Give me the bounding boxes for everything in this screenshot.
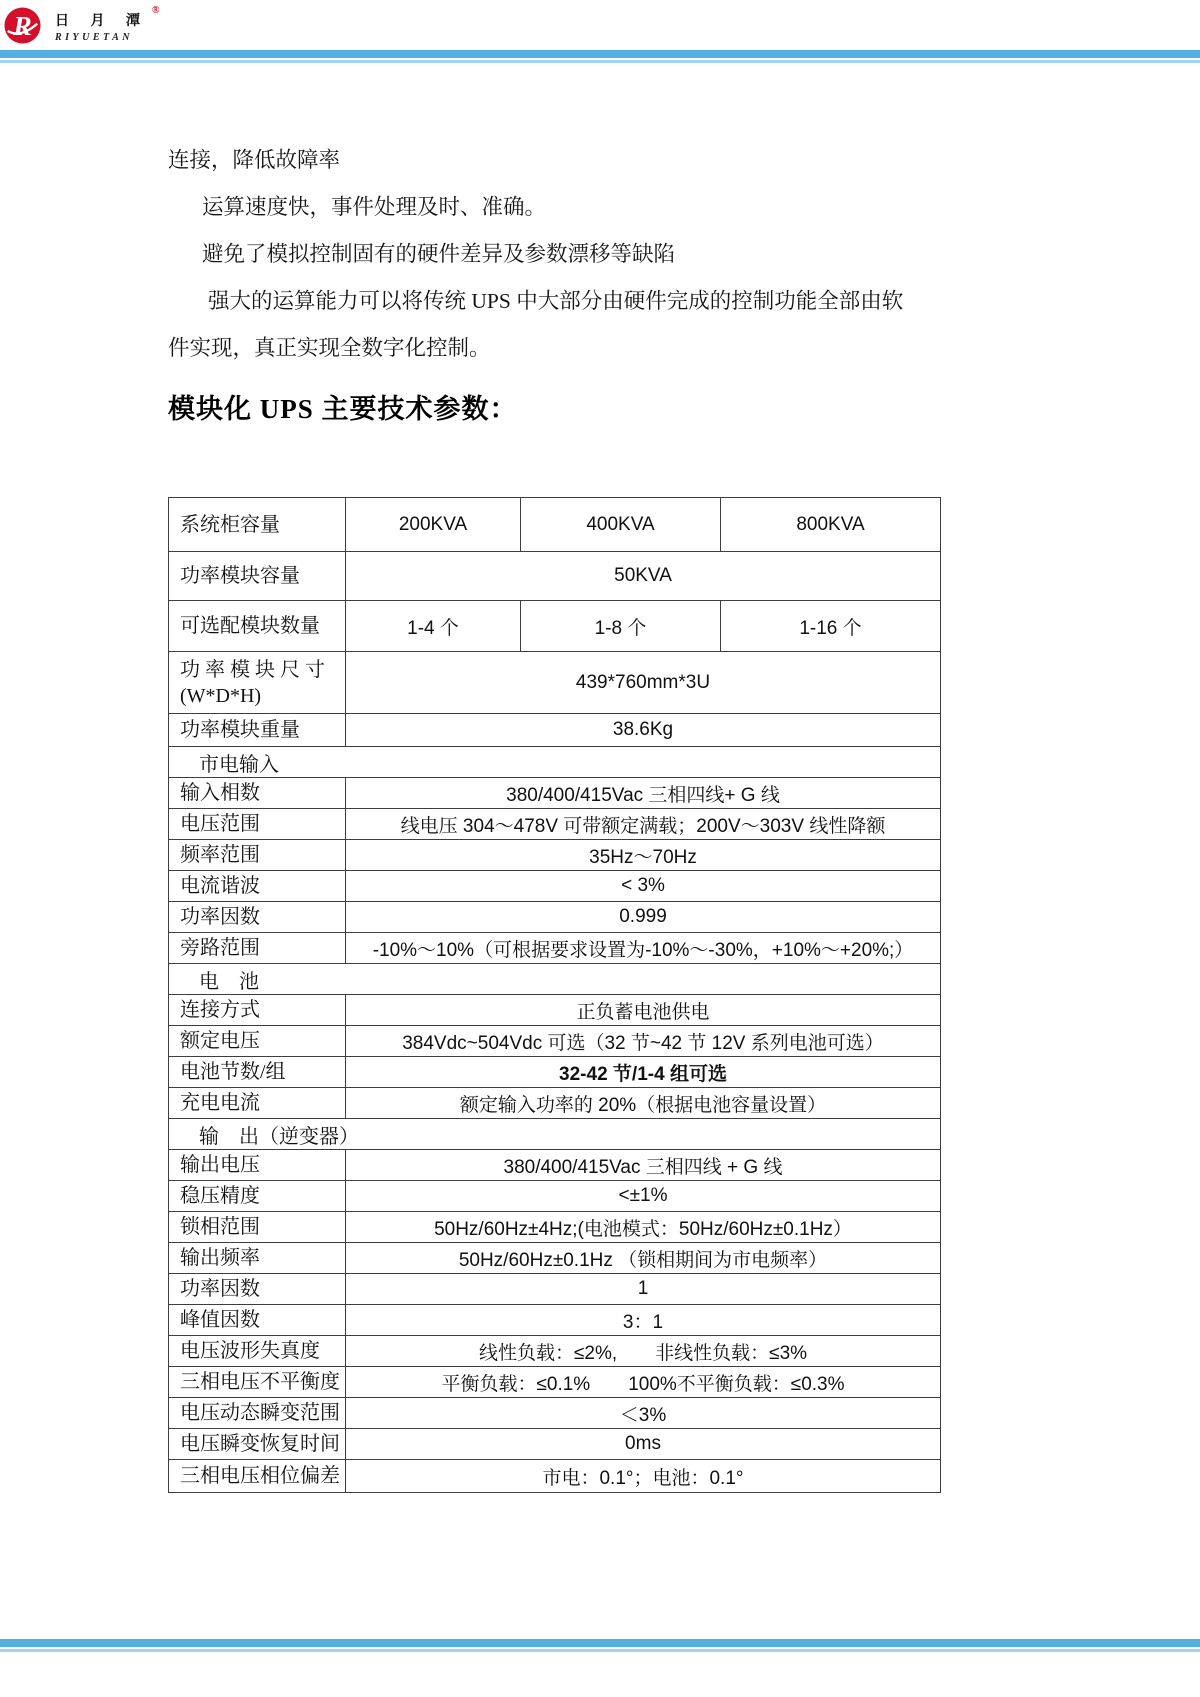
spec-value-cell: 800KVA xyxy=(721,498,941,552)
header-logo: R 日 月 潭 ® RIYUETAN xyxy=(4,7,149,44)
document-page: R 日 月 潭 ® RIYUETAN 连接，降低故障率运算速度快，事件处理及时、… xyxy=(0,0,1200,1697)
header-rule-thin xyxy=(0,60,1200,63)
brand-name-cn: 日 月 潭 xyxy=(55,15,149,29)
header-rule-thick xyxy=(0,50,1200,58)
spec-label-cell: 稳压精度 xyxy=(169,1181,346,1212)
spec-label-cell: 输出电压 xyxy=(169,1150,346,1181)
spec-value-cell: 平衡负载：≤0.1% 100%不平衡负载：≤0.3% xyxy=(346,1367,941,1398)
spec-value-cell: 市电：0.1°；电池：0.1° xyxy=(346,1460,941,1493)
spec-label-cell: 三相电压不平衡度 xyxy=(169,1367,346,1398)
spec-row: 峰值因数3：1 xyxy=(169,1305,941,1336)
spec-row: 三相电压相位偏差市电：0.1°；电池：0.1° xyxy=(169,1460,941,1493)
spec-label-cell: 三相电压相位偏差 xyxy=(169,1460,346,1493)
spec-value-cell: 1-16 个 xyxy=(721,601,941,652)
spec-value-cell: ＜3% xyxy=(346,1398,941,1429)
spec-label-cell: 电流谐波 xyxy=(169,871,346,902)
spec-row: 旁路范围-10%～10%（可根据要求设置为-10%～-30%，+10%～+20%… xyxy=(169,933,941,964)
spec-value-cell: 正负蓄电池供电 xyxy=(346,995,941,1026)
spec-value-cell: 3：1 xyxy=(346,1305,941,1336)
spec-value-cell: 1-4 个 xyxy=(346,601,521,652)
spec-value-cell: 200KVA xyxy=(346,498,521,552)
intro-line: 运算速度快，事件处理及时、准确。 xyxy=(168,184,1040,231)
spec-value-cell: 384Vdc~504Vdc 可选（32 节~42 节 12V 系列电池可选） xyxy=(346,1026,941,1057)
spec-value-cell: 439*760mm*3U xyxy=(346,652,941,714)
spec-row: 系统柜容量200KVA400KVA800KVA xyxy=(169,498,941,552)
spec-row: 电压瞬变恢复时间0ms xyxy=(169,1429,941,1460)
spec-section-label: 电 池 xyxy=(169,964,941,995)
spec-label-cell: 输入相数 xyxy=(169,778,346,809)
spec-label-cell: 频率范围 xyxy=(169,840,346,871)
spec-row: 功 率 模 块 尺 寸 (W*D*H)439*760mm*3U xyxy=(169,652,941,714)
spec-label-cell: 连接方式 xyxy=(169,995,346,1026)
spec-label-cell: 额定电压 xyxy=(169,1026,346,1057)
spec-row: 三相电压不平衡度平衡负载：≤0.1% 100%不平衡负载：≤0.3% xyxy=(169,1367,941,1398)
spec-value-cell: 380/400/415Vac 三相四线+ G 线 xyxy=(346,778,941,809)
spec-row: 电压动态瞬变范围＜3% xyxy=(169,1398,941,1429)
spec-row: 稳压精度<±1% xyxy=(169,1181,941,1212)
spec-value-cell: <±1% xyxy=(346,1181,941,1212)
spec-row: 连接方式正负蓄电池供电 xyxy=(169,995,941,1026)
spec-value-cell: < 3% xyxy=(346,871,941,902)
page-title: 模块化 UPS 主要技术参数： xyxy=(168,387,518,426)
spec-label-cell: 系统柜容量 xyxy=(169,498,346,552)
spec-label-cell: 电池节数/组 xyxy=(169,1057,346,1088)
spec-row: 电压波形失真度线性负载：≤2%, 非线性负载：≤3% xyxy=(169,1336,941,1367)
svg-text:R: R xyxy=(12,11,32,42)
spec-value-cell: 0ms xyxy=(346,1429,941,1460)
spec-label-cell: 功率模块重量 xyxy=(169,714,346,747)
intro-line: 避免了模拟控制固有的硬件差异及参数漂移等缺陷 xyxy=(168,231,1040,278)
spec-row: 市电输入 xyxy=(169,747,941,778)
spec-value-cell: 额定输入功率的 20%（根据电池容量设置） xyxy=(346,1088,941,1119)
spec-label-cell: 电压动态瞬变范围 xyxy=(169,1398,346,1429)
spec-row: 可选配模块数量1-4 个1-8 个1-16 个 xyxy=(169,601,941,652)
spec-row: 额定电压384Vdc~504Vdc 可选（32 节~42 节 12V 系列电池可… xyxy=(169,1026,941,1057)
spec-value-cell: 50Hz/60Hz±4Hz;(电池模式：50Hz/60Hz±0.1Hz） xyxy=(346,1212,941,1243)
brand-logo-icon: R xyxy=(4,7,41,44)
spec-label-cell: 输出频率 xyxy=(169,1243,346,1274)
spec-value-cell: 1 xyxy=(346,1274,941,1305)
spec-row: 功率因数0.999 xyxy=(169,902,941,933)
spec-label-cell: 充电电流 xyxy=(169,1088,346,1119)
spec-label-cell: 峰值因数 xyxy=(169,1305,346,1336)
intro-line: 强大的运算能力可以将传统 UPS 中大部分由硬件完成的控制功能全部由软 xyxy=(168,278,1040,325)
spec-value-cell: 35Hz～70Hz xyxy=(346,840,941,871)
spec-row: 输出频率50Hz/60Hz±0.1Hz （锁相期间为市电频率） xyxy=(169,1243,941,1274)
spec-label-cell: 功率模块容量 xyxy=(169,552,346,601)
spec-label-cell: 功率因数 xyxy=(169,1274,346,1305)
spec-label-cell: 电压瞬变恢复时间 xyxy=(169,1429,346,1460)
spec-value-cell: 50Hz/60Hz±0.1Hz （锁相期间为市电频率） xyxy=(346,1243,941,1274)
spec-row: 功率因数1 xyxy=(169,1274,941,1305)
spec-value-cell: 400KVA xyxy=(521,498,721,552)
spec-table: 系统柜容量200KVA400KVA800KVA功率模块容量50KVA可选配模块数… xyxy=(168,497,941,1493)
spec-section-label: 输 出（逆变器） xyxy=(169,1119,941,1150)
spec-row: 电 池 xyxy=(169,964,941,995)
spec-value-cell: 0.999 xyxy=(346,902,941,933)
brand-text: 日 月 潭 ® RIYUETAN xyxy=(55,7,149,44)
spec-row: 电池节数/组32-42 节/1-4 组可选 xyxy=(169,1057,941,1088)
spec-row: 输出电压380/400/415Vac 三相四线 + G 线 xyxy=(169,1150,941,1181)
spec-table-body: 系统柜容量200KVA400KVA800KVA功率模块容量50KVA可选配模块数… xyxy=(169,498,941,1493)
intro-line: 连接，降低故障率 xyxy=(168,137,1040,184)
intro-line: 件实现，真正实现全数字化控制。 xyxy=(168,325,1040,372)
spec-row: 频率范围35Hz～70Hz xyxy=(169,840,941,871)
spec-label-cell: 功 率 模 块 尺 寸 (W*D*H) xyxy=(169,652,346,714)
brand-name-en: RIYUETAN xyxy=(55,32,149,44)
spec-value-cell: 1-8 个 xyxy=(521,601,721,652)
registered-mark: ® xyxy=(152,5,159,16)
spec-row: 电压范围线电压 304～478V 可带额定满载；200V～303V 线性降额 xyxy=(169,809,941,840)
spec-row: 锁相范围50Hz/60Hz±4Hz;(电池模式：50Hz/60Hz±0.1Hz） xyxy=(169,1212,941,1243)
spec-value-cell: 380/400/415Vac 三相四线 + G 线 xyxy=(346,1150,941,1181)
spec-value-cell: -10%～10%（可根据要求设置为-10%～-30%，+10%～+20%;） xyxy=(346,933,941,964)
spec-row: 输 出（逆变器） xyxy=(169,1119,941,1150)
intro-paragraphs: 连接，降低故障率运算速度快，事件处理及时、准确。避免了模拟控制固有的硬件差异及参… xyxy=(168,137,1040,372)
spec-row: 功率模块重量38.6Kg xyxy=(169,714,941,747)
spec-value-cell: 线性负载：≤2%, 非线性负载：≤3% xyxy=(346,1336,941,1367)
spec-label-cell: 可选配模块数量 xyxy=(169,601,346,652)
spec-row: 输入相数380/400/415Vac 三相四线+ G 线 xyxy=(169,778,941,809)
spec-value-cell: 38.6Kg xyxy=(346,714,941,747)
spec-label-cell: 锁相范围 xyxy=(169,1212,346,1243)
spec-label-cell: 旁路范围 xyxy=(169,933,346,964)
spec-value-cell: 32-42 节/1-4 组可选 xyxy=(346,1057,941,1088)
footer-rule-thin xyxy=(0,1649,1200,1652)
spec-label-cell: 功率因数 xyxy=(169,902,346,933)
spec-row: 功率模块容量50KVA xyxy=(169,552,941,601)
spec-row: 充电电流额定输入功率的 20%（根据电池容量设置） xyxy=(169,1088,941,1119)
spec-value-cell: 50KVA xyxy=(346,552,941,601)
spec-label-cell: 电压波形失真度 xyxy=(169,1336,346,1367)
spec-row: 电流谐波< 3% xyxy=(169,871,941,902)
spec-section-label: 市电输入 xyxy=(169,747,941,778)
footer-rule-thick xyxy=(0,1639,1200,1647)
spec-value-cell: 线电压 304～478V 可带额定满载；200V～303V 线性降额 xyxy=(346,809,941,840)
spec-label-cell: 电压范围 xyxy=(169,809,346,840)
